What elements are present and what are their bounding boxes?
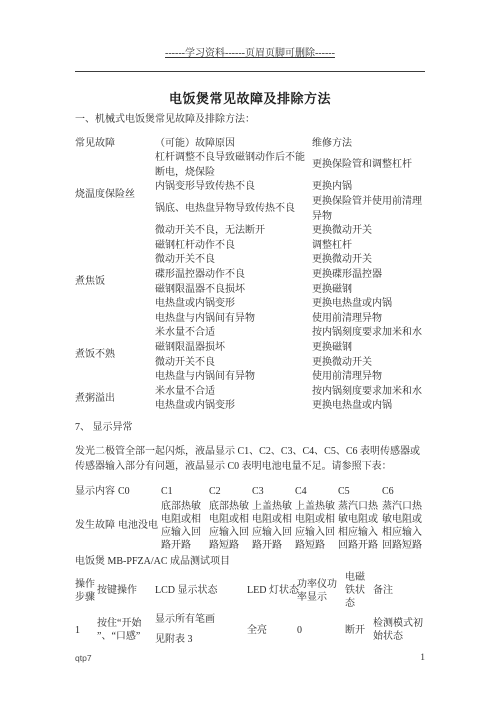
code-cell: C0 xyxy=(118,485,161,500)
test-table-row: 1 按住“开始 ”、“口感” 显示所有笔画 见附表 3 全亮 0 断开 检测模式… xyxy=(75,610,425,650)
fault-detail-row: 发生故障 电池没电 底部热敏电阻或相应输入回路开路 底部热敏电阻或相应输入回路短… xyxy=(75,500,425,552)
power-cell: 0 xyxy=(297,610,345,650)
cause-cell: 微动开关不良 xyxy=(155,253,312,268)
test-table: 操作步骤 按键操作 LCD 显示状态 LED 灯状态 功率仪功率显示 电磁铁状态… xyxy=(75,571,425,650)
code-cell: C3 xyxy=(252,485,295,500)
fix-cell: 更换保险管并使用前清理异物 xyxy=(312,195,425,224)
code-cell: C4 xyxy=(295,485,338,500)
cause-cell: 米水量不合适 xyxy=(155,385,312,400)
col-header-cause: （可能）故障原因 xyxy=(155,137,312,152)
cause-cell: 碟形温控器动作不良 xyxy=(155,268,312,283)
fault-group-label: 煮粥溢出 xyxy=(75,385,155,414)
document-page: ------学习资料------页眉页脚可删除------ 电饭煲常见故障及排除… xyxy=(0,0,500,708)
fix-cell: 更换微动开关 xyxy=(312,253,425,268)
section-heading-mechanical: 一、机械式电饭煲常见故障及排除方法： xyxy=(75,113,425,128)
code-cell: C5 xyxy=(338,485,382,500)
fix-cell: 更换保险管和调整杠杆 xyxy=(312,151,425,180)
cause-cell: 电热盘与内锅间有异物 xyxy=(155,312,312,327)
display-paragraph: 发光二极管全部一起闪烁，液晶显示 C1、C2、C3、C4、C5、C6 表明传感器… xyxy=(75,445,425,475)
cause-cell: 内锅变形导致传热不良 xyxy=(155,180,312,195)
page-footer: qtp7 1 xyxy=(75,653,425,663)
test-table-header-row: 操作步骤 按键操作 LCD 显示状态 LED 灯状态 功率仪功率显示 电磁铁状态… xyxy=(75,571,425,610)
fault-cell: 电池没电 xyxy=(118,500,161,552)
cause-cell: 微动开关不良 xyxy=(155,356,312,371)
fix-cell: 更换磁钢 xyxy=(312,283,425,298)
page-number: 1 xyxy=(420,653,425,663)
cause-cell: 杠杆调整不良导致磁钢动作后不能断电，烧保险 xyxy=(155,151,312,180)
col-header-keys: 按键操作 xyxy=(97,571,155,610)
code-header-row: 显示内容 C0 C1 C2 C3 C4 C5 C6 xyxy=(75,485,425,500)
fault-cell: 蒸汽口热敏电阻或相应输入回路开路 xyxy=(338,500,382,552)
fix-cell: 更换电热盘或内锅 xyxy=(312,399,425,414)
lcd-cell: 显示所有笔画 见附表 3 xyxy=(155,610,247,650)
table-row: 煮粥溢出 米水量不合适 按内锅刻度要求加米和水 xyxy=(75,385,425,400)
table-row: 煮焦饭 磁钢杠杆动作不良 调整杠杆 xyxy=(75,239,425,254)
col-header-fault: 常见故障 xyxy=(75,137,155,152)
fix-cell: 更换微动开关 xyxy=(312,224,425,239)
fault-cell: 上盖热敏电阻或相应输入回路开路 xyxy=(252,500,295,552)
fix-cell: 更换电热盘或内锅 xyxy=(312,297,425,312)
table-row: 烧温度保险丝 杠杆调整不良导致磁钢动作后不能断电，烧保险 更换保险管和调整杠杆 xyxy=(75,151,425,180)
row-label-display: 显示内容 xyxy=(75,485,118,500)
fault-group-label: 烧温度保险丝 xyxy=(75,151,155,239)
cause-cell: 磁钢限温器不良损坏 xyxy=(155,283,312,298)
col-header-fix: 维修方法 xyxy=(312,137,425,152)
magnet-cell: 断开 xyxy=(345,610,373,650)
cause-cell: 磁钢限温器损坏 xyxy=(155,341,312,356)
test-section-heading: 电饭煲 MB-PFZA/AC 成品测试项目 xyxy=(75,555,425,570)
led-cell: 全亮 xyxy=(247,610,297,650)
fault-table: 常见故障 （可能）故障原因 维修方法 烧温度保险丝 杠杆调整不良导致磁钢动作后不… xyxy=(75,137,425,414)
fix-cell: 使用前清理异物 xyxy=(312,312,425,327)
fault-cell: 底部热敏电阻或相应输入回路开路 xyxy=(161,500,209,552)
col-header-magnet: 电磁铁状态 xyxy=(345,571,373,610)
table-row: 煮饭不熟 米水量不合适 按内锅刻度要求加米和水 xyxy=(75,326,425,341)
col-header-power: 功率仪功率显示 xyxy=(297,571,345,610)
fix-cell: 更换微动开关 xyxy=(312,356,425,371)
fix-cell: 更换碟形温控器 xyxy=(312,268,425,283)
section-heading-display: 7、 显示异常 xyxy=(75,421,425,436)
code-cell: C2 xyxy=(209,485,252,500)
col-header-note: 备注 xyxy=(373,571,425,610)
cause-cell: 电热盘与内锅间有异物 xyxy=(155,370,312,385)
col-header-lcd: LCD 显示状态 xyxy=(155,571,247,610)
footer-doc-id: qtp7 xyxy=(75,653,92,663)
fault-group-label: 煮焦饭 xyxy=(75,239,155,327)
cause-cell: 锅底、电热盘异物导致传热不良 xyxy=(155,195,312,224)
cause-cell: 微动开关不良，无法断开 xyxy=(155,224,312,239)
col-header-led: LED 灯状态 xyxy=(247,571,297,610)
error-code-table: 显示内容 C0 C1 C2 C3 C4 C5 C6 发生故障 电池没电 底部热敏… xyxy=(75,485,425,552)
cause-cell: 电热盘或内锅变形 xyxy=(155,399,312,414)
note-cell: 检测模式初始状态 xyxy=(373,610,425,650)
cause-cell: 米水量不合适 xyxy=(155,326,312,341)
fault-table-header-row: 常见故障 （可能）故障原因 维修方法 xyxy=(75,137,425,152)
fix-cell: 更换内锅 xyxy=(312,180,425,195)
step-cell: 1 xyxy=(75,610,97,650)
fix-cell: 按内锅刻度要求加米和水 xyxy=(312,385,425,400)
keys-cell: 按住“开始 ”、“口感” xyxy=(97,610,155,650)
code-cell: C1 xyxy=(161,485,209,500)
col-header-step: 操作步骤 xyxy=(75,571,97,610)
fix-cell: 更换磁钢 xyxy=(312,341,425,356)
cause-cell: 磁钢杠杆动作不良 xyxy=(155,239,312,254)
fault-group-label: 煮饭不熟 xyxy=(75,326,155,384)
fault-cell: 底部热敏电阻或相应输入回路短路 xyxy=(209,500,252,552)
code-cell: C6 xyxy=(382,485,425,500)
document-body: 一、机械式电饭煲常见故障及排除方法： 常见故障 （可能）故障原因 维修方法 烧温… xyxy=(75,0,425,650)
row-label-fault: 发生故障 xyxy=(75,500,118,552)
cause-cell: 电热盘或内锅变形 xyxy=(155,297,312,312)
fix-cell: 使用前清理异物 xyxy=(312,370,425,385)
fix-cell: 调整杠杆 xyxy=(312,239,425,254)
fix-cell: 按内锅刻度要求加米和水 xyxy=(312,326,425,341)
fault-cell: 蒸汽口热敏电阻或相应输入回路短路 xyxy=(382,500,425,552)
fault-cell: 上盖热敏电阻或相应输入回路短路 xyxy=(295,500,338,552)
